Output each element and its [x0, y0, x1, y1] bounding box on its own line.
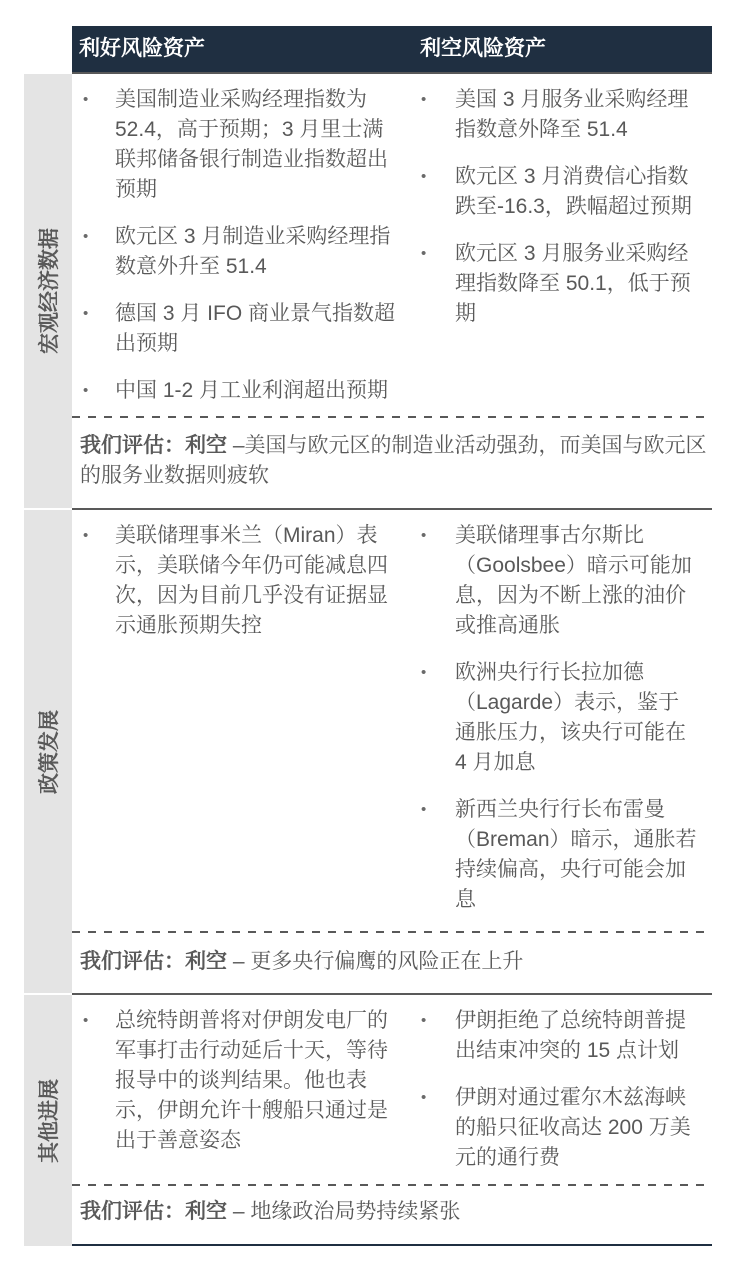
bullish-column: •美联储理事米兰（Miran）表示，美联储今年仍可能减息四次，因为目前几乎没有证…: [72, 510, 413, 658]
dashed-divider: [72, 416, 712, 418]
list-item: •新西兰央行行长布雷曼（Breman）暗示，通胀若持续偏高，央行可能会加息: [413, 795, 698, 915]
list-item: •欧洲央行行长拉加德（Lagarde）表示，鉴于通胀压力，该央行可能在 4 月加…: [413, 658, 698, 778]
assessment-verdict: 我们评估：利空: [80, 950, 227, 973]
section-label-strip-other: 其他进展: [24, 995, 72, 1246]
dashed-divider: [72, 1184, 712, 1186]
table-header: 利好风险资产 利空风险资产: [72, 26, 712, 74]
assessment-verdict: 我们评估：利空: [80, 1200, 227, 1223]
bullet-icon: •: [83, 1006, 88, 1036]
assessment-verdict: 我们评估：利空: [80, 434, 227, 457]
bearish-column: •伊朗拒绝了总统特朗普提出结束冲突的 15 点计划 •伊朗对通过霍尔木兹海峡的船…: [413, 995, 712, 1190]
bullet-icon: •: [83, 521, 88, 551]
bullet-icon: •: [421, 162, 426, 192]
list-item: •美国制造业采购经理指数为 52.4，高于预期；3 月里士满联邦储备银行制造业指…: [72, 85, 400, 205]
bullet-icon: •: [421, 521, 426, 551]
assessment: 我们评估：利空 – 更多央行偏鹰的风险正在上升: [80, 947, 710, 977]
list-item: •中国 1-2 月工业利润超出预期: [72, 376, 400, 406]
list-item: •伊朗拒绝了总统特朗普提出结束冲突的 15 点计划: [413, 1006, 698, 1066]
bullet-icon: •: [83, 376, 88, 406]
header-bullish-risk-assets: 利好风险资产: [79, 26, 205, 72]
bullish-column: •总统特朗普将对伊朗发电厂的军事打击行动延后十天，等待报导中的谈判结果。他也表示…: [72, 995, 413, 1173]
assessment: 我们评估：利空 – 地缘政治局势持续紧张: [80, 1197, 710, 1227]
bullet-icon: •: [421, 1006, 426, 1036]
section-policy-bullets: •美联储理事米兰（Miran）表示，美联储今年仍可能减息四次，因为目前几乎没有证…: [72, 510, 712, 931]
bearish-column: •美国 3 月服务业采购经理指数意外降至 51.4 •欧元区 3 月消费信心指数…: [413, 74, 712, 346]
bullet-icon: •: [421, 658, 426, 688]
bullet-icon: •: [421, 795, 426, 825]
list-item: •欧元区 3 月服务业采购经理指数降至 50.1，低于预期: [413, 239, 698, 329]
assessment-text: – 更多央行偏鹰的风险正在上升: [227, 950, 523, 973]
section-label-strip-macro: 宏观经济数据: [24, 74, 72, 508]
header-bearish-risk-assets: 利空风险资产: [420, 26, 546, 72]
section-label: 政策发展: [33, 710, 63, 794]
section-label: 宏观经济数据: [33, 228, 63, 354]
section-other-bullets: •总统特朗普将对伊朗发电厂的军事打击行动延后十天，等待报导中的谈判结果。他也表示…: [72, 995, 712, 1184]
bullet-icon: •: [83, 85, 88, 115]
list-item: •欧元区 3 月消费信心指数跌至-16.3，跌幅超过预期: [413, 162, 698, 222]
list-item: •总统特朗普将对伊朗发电厂的军事打击行动延后十天，等待报导中的谈判结果。他也表示…: [72, 1006, 400, 1156]
list-item: •美联储理事古尔斯比（Goolsbee）暗示可能加息，因为不断上涨的油价或推高通…: [413, 521, 698, 641]
bullet-icon: •: [83, 222, 88, 252]
section-macro-bullets: •美国制造业采购经理指数为 52.4，高于预期；3 月里士满联邦储备银行制造业指…: [72, 74, 712, 416]
section-label-strip-policy: 政策发展: [24, 510, 72, 993]
bullet-icon: •: [421, 1083, 426, 1113]
list-item: •美联储理事米兰（Miran）表示，美联储今年仍可能减息四次，因为目前几乎没有证…: [72, 521, 400, 641]
table-bottom-border: [72, 1244, 712, 1246]
section-label: 其他进展: [33, 1079, 63, 1163]
list-item: •伊朗对通过霍尔木兹海峡的船只征收高达 200 万美元的通行费: [413, 1083, 698, 1173]
list-item: •美国 3 月服务业采购经理指数意外降至 51.4: [413, 85, 698, 145]
assessment-text: – 地缘政治局势持续紧张: [227, 1200, 460, 1223]
list-item: •欧元区 3 月制造业采购经理指数意外升至 51.4: [72, 222, 400, 282]
bullet-icon: •: [421, 85, 426, 115]
bullet-icon: •: [421, 239, 426, 269]
assessment: 我们评估：利空 –美国与欧元区的制造业活动强劲，而美国与欧元区的服务业数据则疲软: [80, 431, 710, 491]
bearish-column: •美联储理事古尔斯比（Goolsbee）暗示可能加息，因为不断上涨的油价或推高通…: [413, 510, 712, 932]
bullet-icon: •: [83, 299, 88, 329]
list-item: •德国 3 月 IFO 商业景气指数超出预期: [72, 299, 400, 359]
bullish-column: •美国制造业采购经理指数为 52.4，高于预期；3 月里士满联邦储备银行制造业指…: [72, 74, 413, 423]
dashed-divider: [72, 931, 712, 933]
